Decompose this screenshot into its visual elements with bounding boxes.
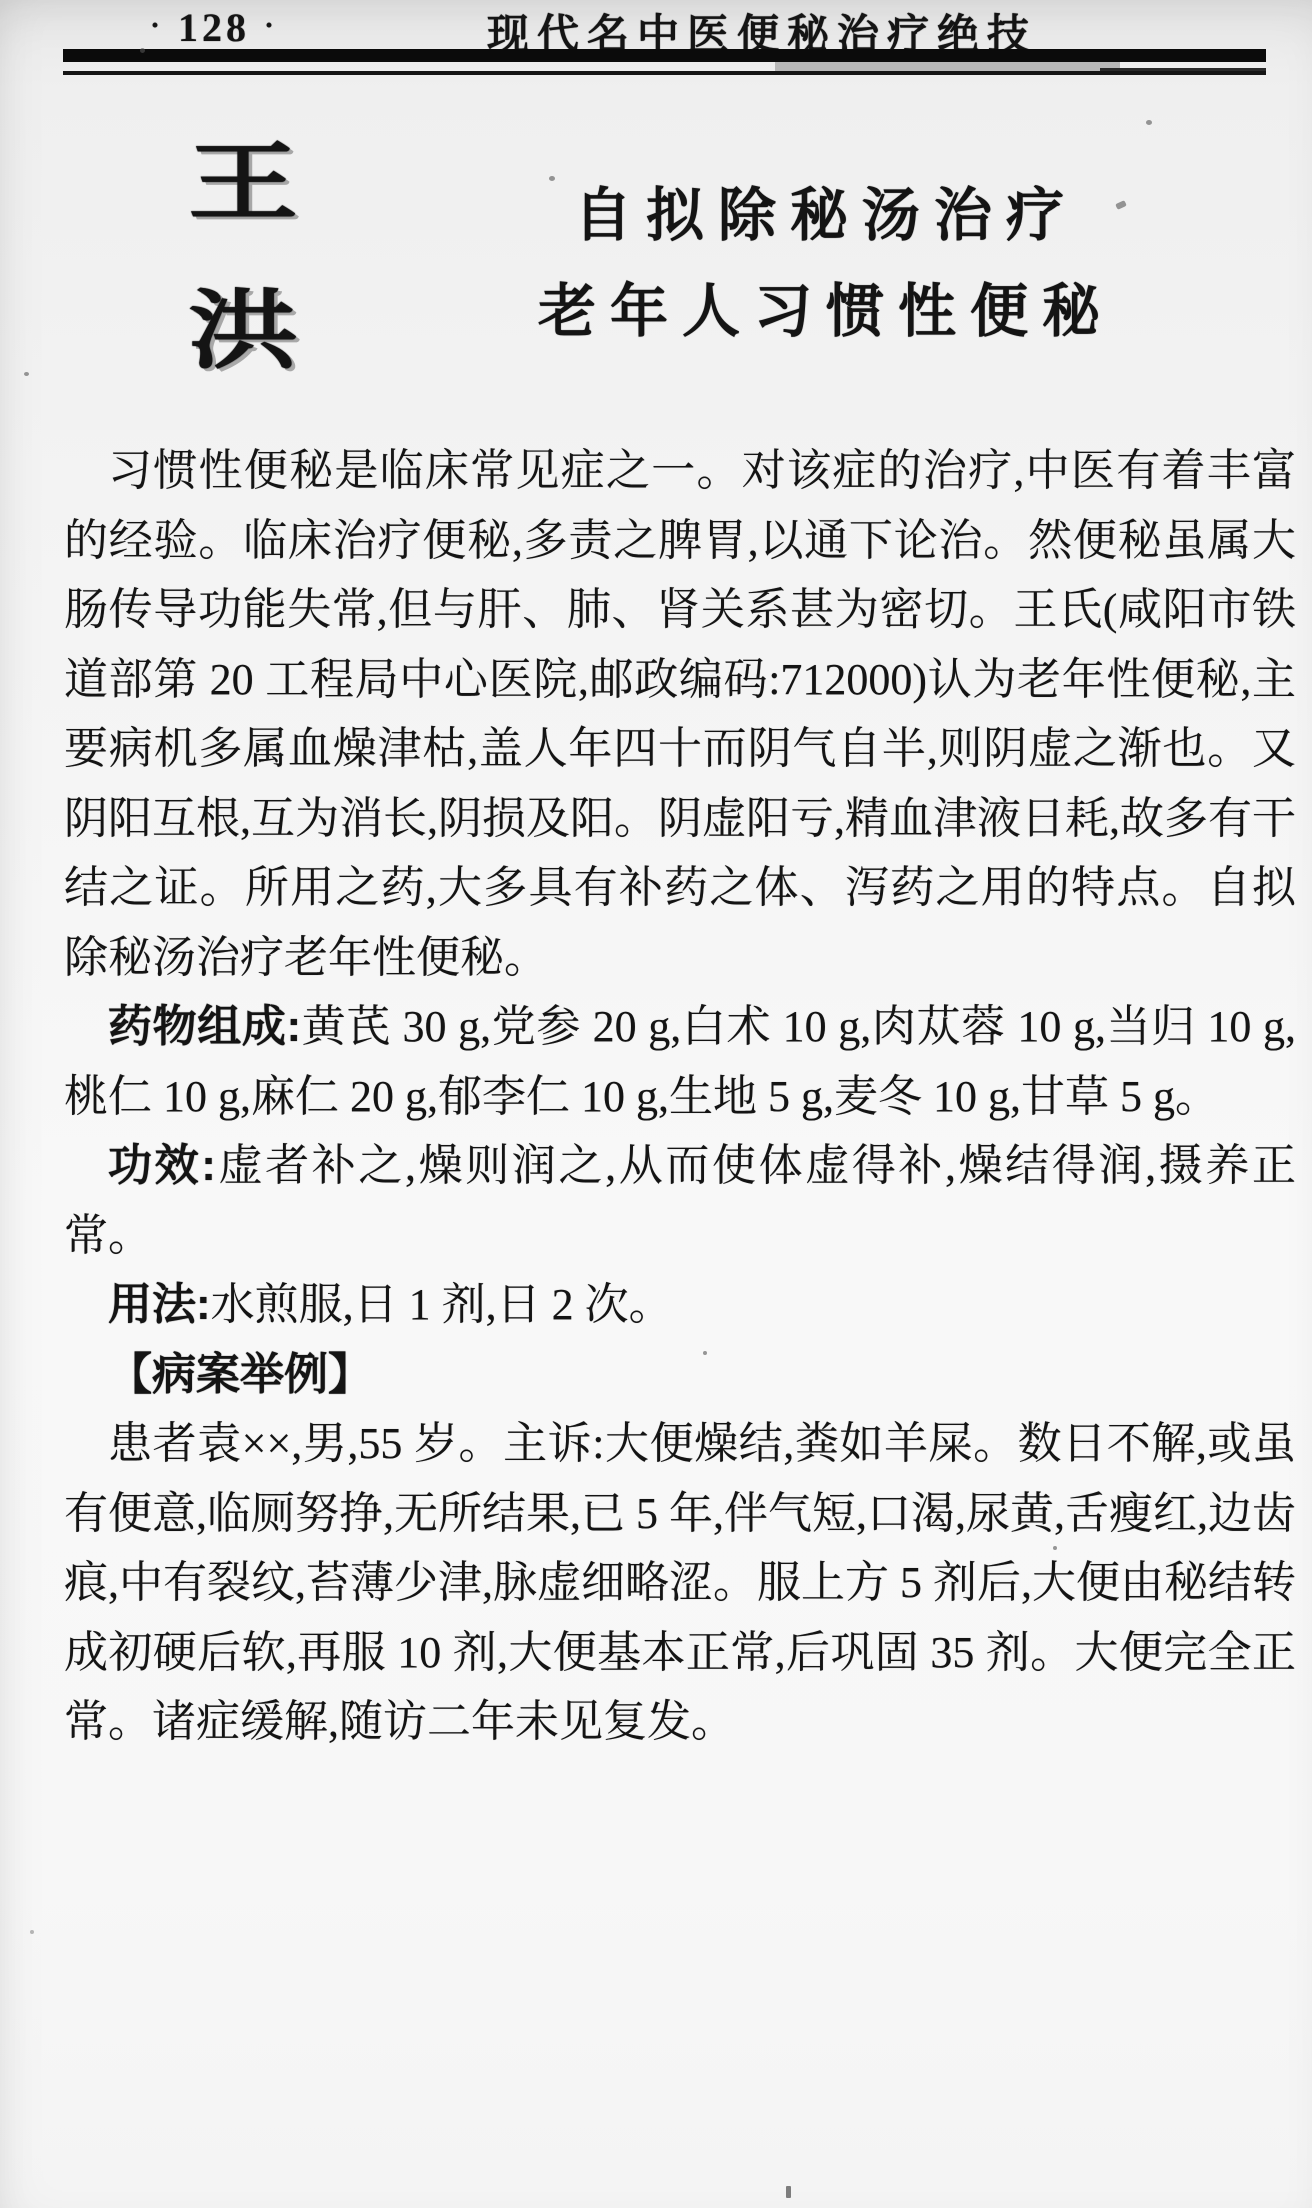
paragraph-case-heading: 【病案举例】 — [64, 1340, 1296, 1410]
scan-speck — [786, 2186, 791, 2198]
scan-speck — [549, 176, 555, 181]
composition-label: 药物组成: — [108, 1002, 301, 1051]
scan-speck — [703, 1351, 707, 1355]
scan-speck — [1053, 1546, 1057, 1550]
scan-speck — [24, 372, 29, 376]
header-rule-thin — [63, 71, 1266, 75]
article-body: 习惯性便秘是临床常见症之一。对该症的治疗,中医有着丰富的经验。临床治疗便秘,多责… — [64, 436, 1296, 1757]
intro-text: 习惯性便秘是临床常见症之一。对该症的治疗,中医有着丰富的经验。临床治疗便秘,多责… — [64, 446, 1296, 982]
paragraph-effect: 功效:虚者补之,燥则润之,从而使体虚得补,燥结得润,摄养正常。 — [64, 1131, 1296, 1270]
effect-text: 虚者补之,燥则润之,从而使体虚得补,燥结得润,摄养正常。 — [64, 1141, 1296, 1260]
scan-speck — [140, 48, 145, 53]
book-page: ·128· 现代名中医便秘治疗绝技 王 洪 自拟除秘汤治疗 老年人习惯性便秘 习… — [0, 0, 1312, 2208]
page-number: ·128· — [136, 4, 292, 51]
scan-speck — [30, 1930, 34, 1934]
usage-label: 用法: — [108, 1280, 211, 1329]
header-rule-thick — [63, 49, 1266, 62]
article-title-line-1: 自拟除秘汤治疗 — [420, 168, 1232, 264]
page-number-value: 128 — [178, 5, 250, 50]
header-rule-smudge — [775, 62, 1120, 71]
author-name: 王 洪 — [176, 140, 310, 374]
page-number-right-dot: · — [250, 9, 292, 42]
usage-text: 水煎服,日 1 剂,日 2 次。 — [211, 1280, 673, 1329]
paragraph-intro: 习惯性便秘是临床常见症之一。对该症的治疗,中医有着丰富的经验。临床治疗便秘,多责… — [64, 436, 1296, 992]
scan-speck — [1146, 120, 1152, 125]
author-name-char-1: 王 — [157, 140, 329, 226]
paragraph-composition: 药物组成:黄芪 30 g,党参 20 g,白术 10 g,肉苁蓉 10 g,当归… — [64, 992, 1296, 1131]
author-name-char-2: 洪 — [157, 288, 329, 374]
paragraph-case: 患者袁××,男,55 岁。主诉:大便燥结,粪如羊屎。数日不解,或虽有便意,临厕努… — [64, 1409, 1296, 1757]
page-number-left-dot: · — [136, 9, 178, 42]
case-heading-label: 【病案举例】 — [108, 1350, 372, 1399]
article-title: 自拟除秘汤治疗 老年人习惯性便秘 — [420, 168, 1232, 360]
article-title-line-2: 老年人习惯性便秘 — [420, 264, 1232, 360]
case-text: 患者袁××,男,55 岁。主诉:大便燥结,粪如羊屎。数日不解,或虽有便意,临厕努… — [64, 1419, 1296, 1746]
effect-label: 功效: — [108, 1141, 216, 1190]
header-rule-thin-offset — [1100, 68, 1266, 71]
paragraph-usage: 用法:水煎服,日 1 剂,日 2 次。 — [64, 1270, 1296, 1340]
